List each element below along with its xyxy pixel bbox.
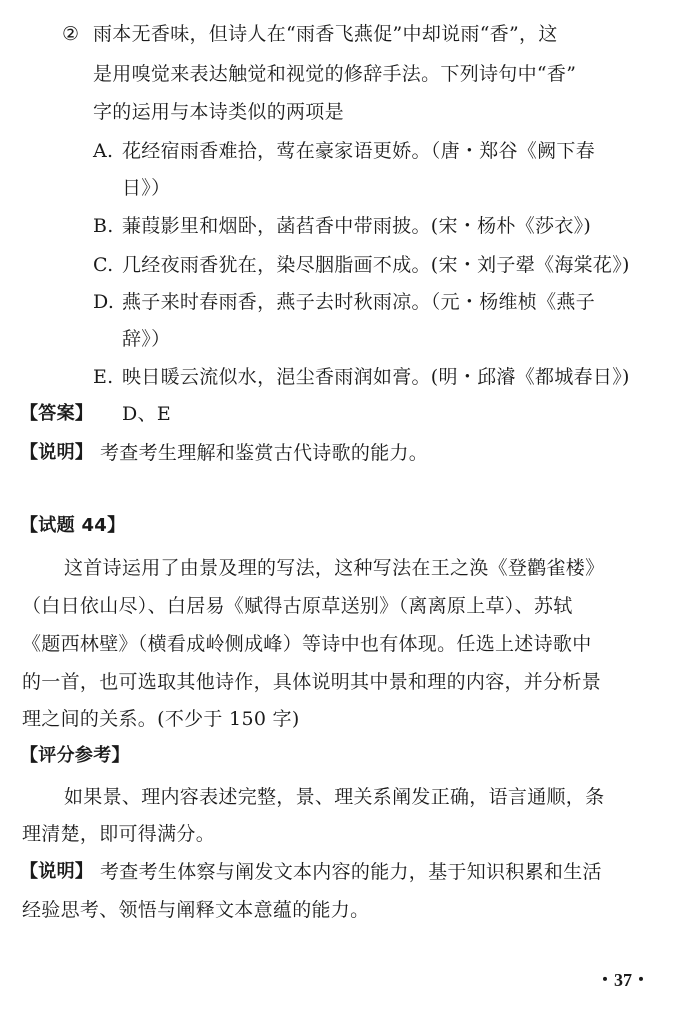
option-e-label: E. [93,365,114,389]
scoring-line-1: 如果景、理内容表述完整，景、理关系阐发正确，语言通顺，条 [64,785,604,809]
option-d-line-2: 辞》） [122,327,170,351]
option-a-label: A. [93,139,113,163]
option-c-line-1: 几经夜雨香犹在，染尽胭脂画不成。(宋・刘子翚《海棠花》) [122,253,630,277]
question-44-line-2: （白日依山尽）、白居易《赋得古原草送别》（离离原上草）、苏轼 [22,594,573,618]
question-stem-line-1: 雨本无香味，但诗人在“雨香飞燕促”中却说雨“香”，这 [93,22,558,46]
option-d-line-1: 燕子来时春雨香，燕子去时秋雨凉。（元・杨维桢《燕子 [122,290,595,314]
option-a-line-2: 日》） [122,176,170,200]
scoring-title: 【评分参考】 [20,744,130,768]
answer-value: D、E [122,402,171,426]
explanation-2-label: 【说明】 [20,860,93,884]
explanation-label: 【说明】 [20,441,93,465]
explanation-2-line-1: 考查考生体察与阐发文本内容的能力，基于知识积累和生活 [100,860,602,884]
option-b-label: B. [93,214,114,238]
option-d-label: D. [93,290,114,314]
option-a-line-1: 花经宿雨香难拾，莺在豪家语更娇。（唐・郑谷《阙下春 [122,139,595,163]
question-stem-line-2: 是用嗅觉来表达触觉和视觉的修辞手法。下列诗句中“香” [93,62,576,86]
answer-label: 【答案】 [20,402,93,426]
question-stem-line-3: 字的运用与本诗类似的两项是 [93,100,344,124]
question-44-title: 【试题 44】 [20,514,125,538]
question-44-line-5: 理之间的关系。(不少于 150 字) [22,707,300,731]
explanation-text: 考查考生理解和鉴赏古代诗歌的能力。 [100,441,428,465]
option-c-label: C. [93,253,114,277]
page-number: ・37・ [596,966,650,992]
option-e-line-1: 映日暖云流似水，浥尘香雨润如膏。(明・邱濬《都城春日》) [122,365,630,389]
scoring-line-2: 理清楚，即可得满分。 [22,822,215,846]
option-b-line-1: 蒹葭影里和烟卧，菡萏香中带雨披。(宋・杨朴《莎衣》) [122,214,591,238]
question-44-line-1: 这首诗运用了由景及理的写法，这种写法在王之涣《登鹳雀楼》 [64,556,604,580]
explanation-2-line-2: 经验思考、领悟与阐释文本意蕴的能力。 [22,898,369,922]
question-44-line-4: 的一首，也可选取其他诗作，具体说明其中景和理的内容，并分析景 [22,670,601,694]
question-44-line-3: 《题西林壁》（横看成岭侧成峰）等诗中也有体现。任选上述诗歌中 [22,632,592,656]
question-marker: ② [62,22,79,46]
